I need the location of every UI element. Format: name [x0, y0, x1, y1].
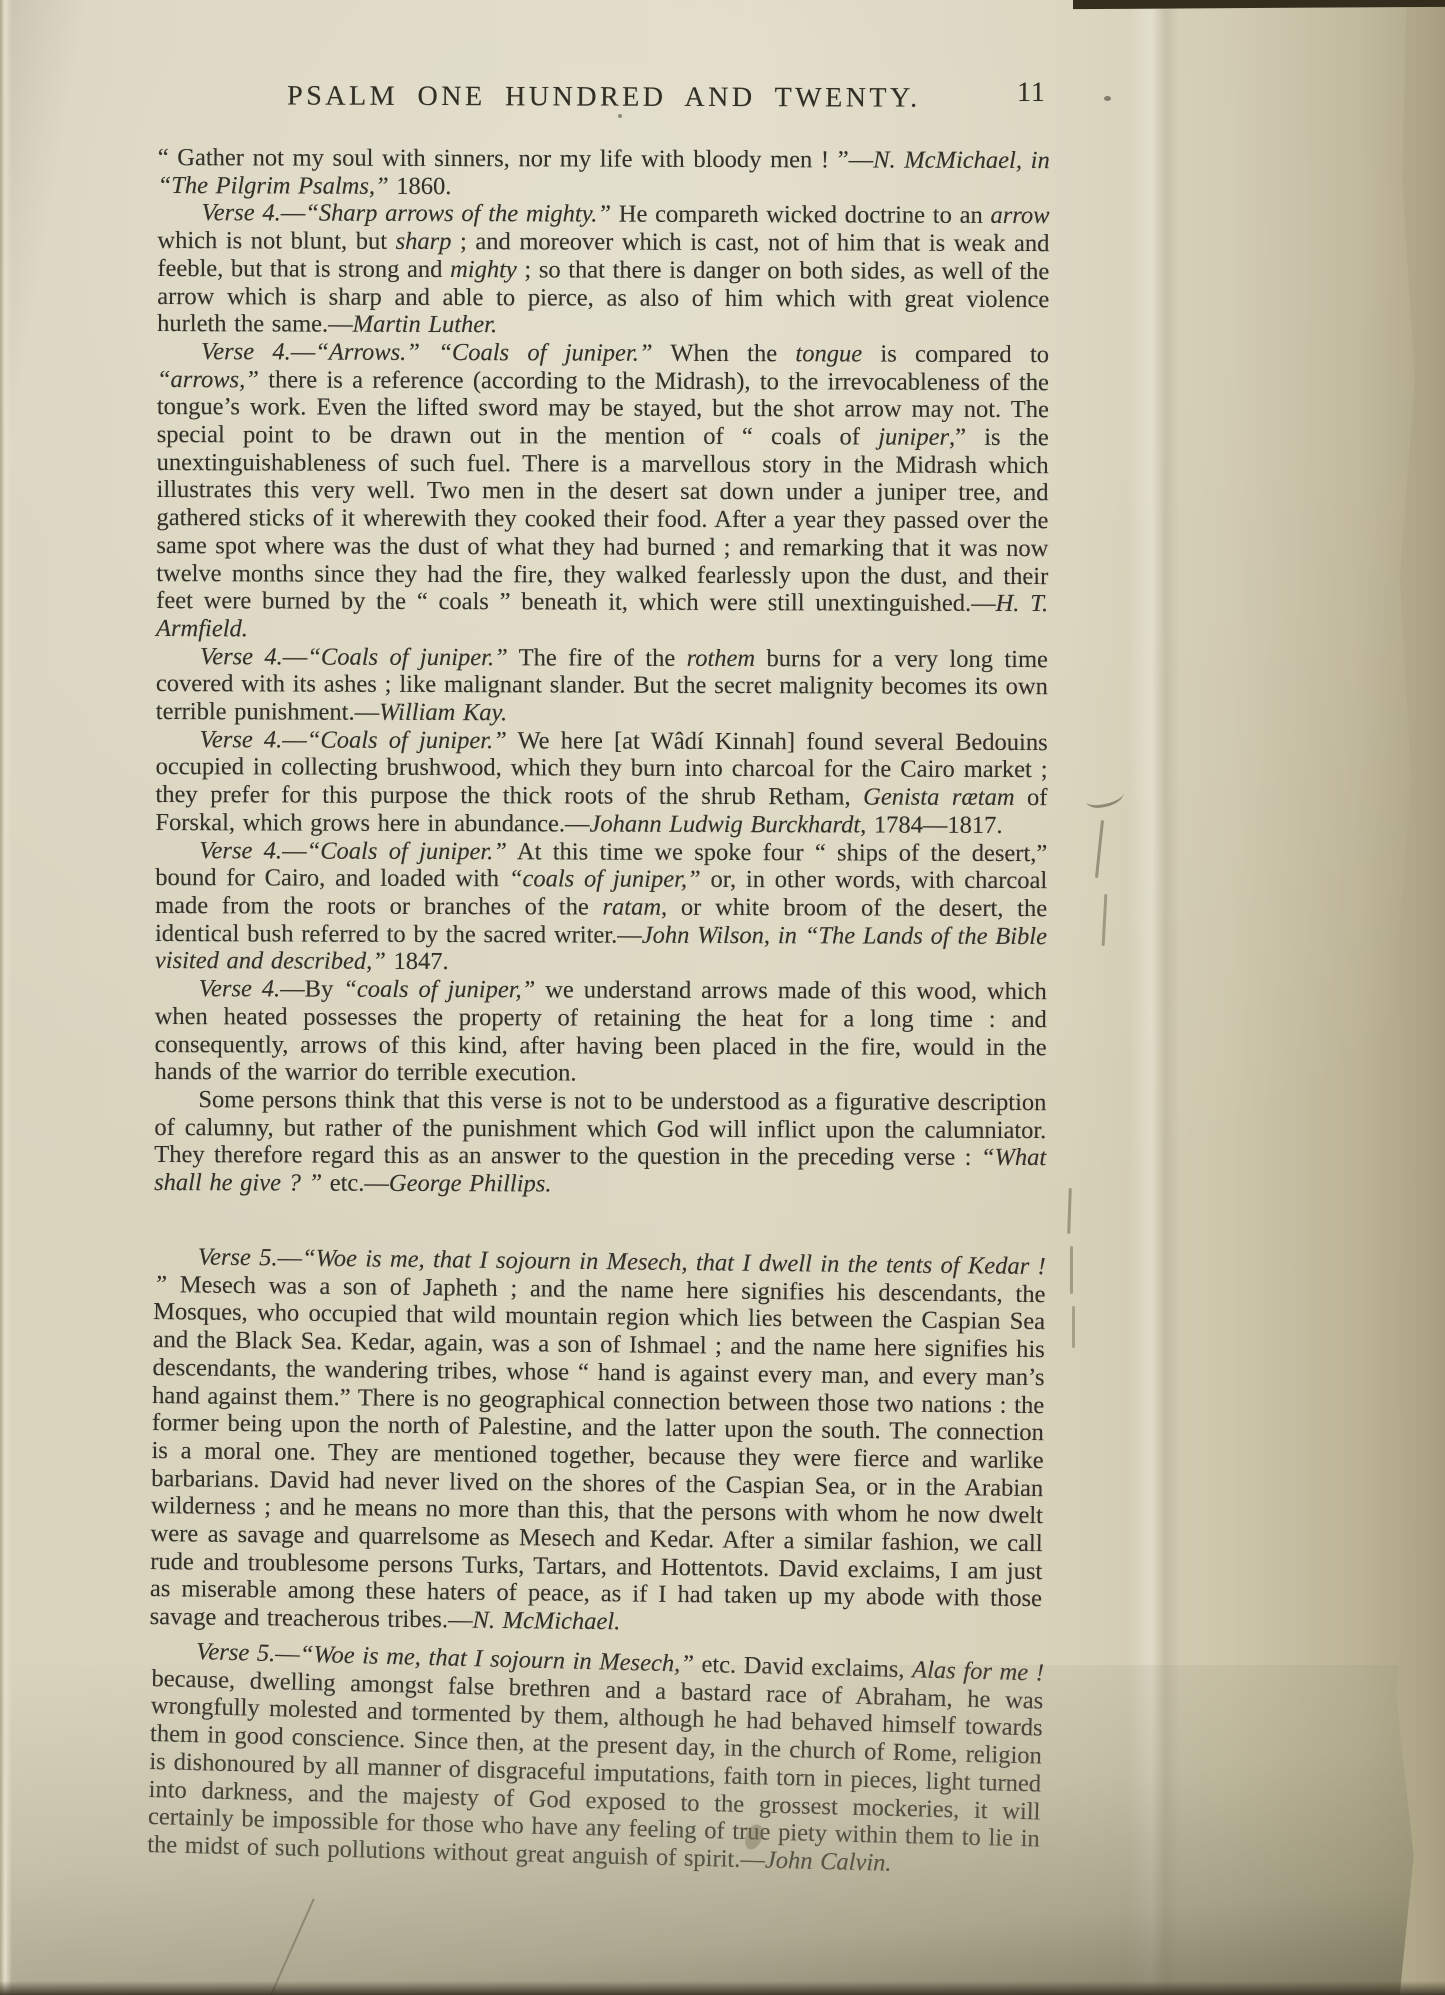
paper-mark [1095, 820, 1104, 878]
paragraph: “ Gather not my soul with sinners, nor m… [158, 144, 1050, 203]
paragraph: Verse 4.—By “coals of juniper,” we under… [154, 975, 1046, 1089]
text-block: PSALM ONE HUNDRED AND TWENTY. 11 “ Gathe… [152, 80, 1050, 1861]
paper-mark [1072, 1306, 1075, 1348]
paragraph: Verse 5.—“Woe is me, that I sojourn in M… [150, 1243, 1046, 1641]
paragraph: Some persons think that this verse is no… [154, 1086, 1046, 1200]
paper-crease [1128, 0, 1180, 1995]
paragraph: Verse 4.—“Coals of juniper.” The fire of… [156, 643, 1048, 729]
paper-mark [1085, 785, 1126, 810]
page-title: PSALM ONE HUNDRED AND TWENTY. [158, 80, 1050, 115]
paragraph: Verse 5.—“Woe is me, that I sojourn in M… [147, 1637, 1044, 1881]
paragraph: Verse 4.—“Sharp arrows of the mighty.” H… [157, 199, 1049, 341]
paper-mark [1104, 96, 1111, 101]
page-number: 11 [1017, 77, 1046, 109]
scan-edge-left [0, 0, 12, 1995]
paragraph: Verse 4.—“Coals of juniper.” At this tim… [155, 837, 1047, 979]
scan-edge-top [1073, 0, 1445, 9]
scanned-book-page: PSALM ONE HUNDRED AND TWENTY. 11 “ Gathe… [0, 0, 1445, 1995]
paragraph: Verse 4.—“Arrows.” “Coals of juniper.” W… [156, 338, 1049, 646]
paragraph: Verse 4.—“Coals of juniper.” We here [at… [155, 726, 1047, 840]
scan-edge-bottom [0, 1981, 1445, 1995]
torn-page-edge [1387, 0, 1445, 1995]
paper-mark [1070, 1246, 1073, 1294]
page-header: PSALM ONE HUNDRED AND TWENTY. 11 [158, 80, 1050, 117]
paper-mark [1067, 1188, 1072, 1234]
paper-mark [1102, 894, 1108, 946]
